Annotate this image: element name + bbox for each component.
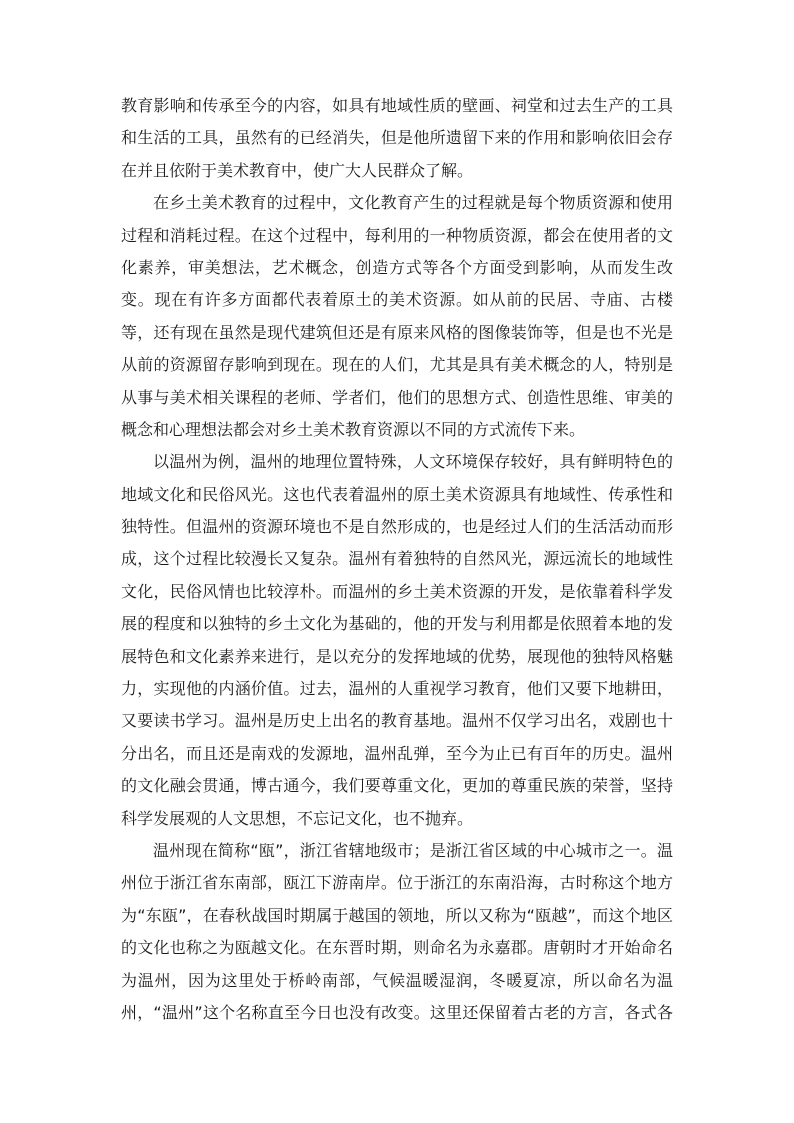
document-page: 教育影响和传承至今的内容，如具有地域性质的壁画、祠堂和过去生产的工具和生活的工具… xyxy=(121,95,673,1034)
text-line: 概念和心理想法都会对乡土美术教育资源以不同的方式流传下来。 xyxy=(121,419,673,451)
paragraph-first-line: 以温州为例，温州的地理位置特殊，人文环境保存较好，具有鲜明特色的 xyxy=(121,451,673,483)
text-line: 化素养，审美想法，艺术概念，创造方式等各个方面受到影响，从而发生改 xyxy=(121,257,673,289)
text-line: 和生活的工具，虽然有的已经消失，但是他所遗留下来的作用和影响依旧会存 xyxy=(121,127,673,159)
text-line: 从前的资源留存影响到现在。现在的人们，尤其是具有美术概念的人，特别是 xyxy=(121,354,673,386)
paragraph-first-line: 在乡土美术教育的过程中，文化教育产生的过程就是每个物质资源和使用 xyxy=(121,192,673,224)
text-line: 文化，民俗风情也比较淳朴。而温州的乡土美术资源的开发，是依靠着科学发 xyxy=(121,581,673,613)
text-line: 在并且依附于美术教育中，使广大人民群众了解。 xyxy=(121,160,673,192)
text-line: 从事与美术相关课程的老师、学者们，他们的思想方式、创造性思维、审美的 xyxy=(121,387,673,419)
text-line: 又要读书学习。温州是历史上出名的教育基地。温州不仅学习出名，戏剧也十 xyxy=(121,710,673,742)
text-line: 为“东瓯”，在春秋战国时期属于越国的领地，所以又称为“瓯越”，而这个地区 xyxy=(121,905,673,937)
text-line: 展特色和文化素养来进行，是以充分的发挥地域的优势，展现他的独特风格魅 xyxy=(121,646,673,678)
text-line: 地域文化和民俗风光。这也代表着温州的原土美术资源具有地域性、传承性和 xyxy=(121,484,673,516)
text-line: 州，“温州”这个名称直至今日也没有改变。这里还保留着古老的方言，各式各 xyxy=(121,1002,673,1034)
text-line: 为温州，因为这里处于桥岭南部，气候温暖湿润，冬暖夏凉，所以命名为温 xyxy=(121,970,673,1002)
text-line: 的文化也称之为瓯越文化。在东晋时期，则命名为永嘉郡。唐朝时才开始命名 xyxy=(121,937,673,969)
text-line: 州位于浙江省东南部，瓯江下游南岸。位于浙江的东南沿海，古时称这个地方 xyxy=(121,872,673,904)
text-line: 等，还有现在虽然是现代建筑但还是有原来风格的图像装饰等，但是也不光是 xyxy=(121,322,673,354)
text-line: 变。现在有许多方面都代表着原土的美术资源。如从前的民居、寺庙、古楼 xyxy=(121,289,673,321)
text-line: 分出名，而且还是南戏的发源地，温州乱弹，至今为止已有百年的历史。温州 xyxy=(121,743,673,775)
text-line: 教育影响和传承至今的内容，如具有地域性质的壁画、祠堂和过去生产的工具 xyxy=(121,95,673,127)
text-line: 的文化融会贯通，博古通今，我们要尊重文化，更加的尊重民族的荣誉，坚持 xyxy=(121,775,673,807)
text-line: 成，这个过程比较漫长又复杂。温州有着独特的自然风光，源远流长的地域性 xyxy=(121,548,673,580)
text-line: 科学发展观的人文思想，不忘记文化，也不抛弃。 xyxy=(121,808,673,840)
paragraph-first-line: 温州现在简称“瓯”，浙江省辖地级市；是浙江省区域的中心城市之一。温 xyxy=(121,840,673,872)
text-line: 力，实现他的内涵价值。过去，温州的人重视学习教育，他们又要下地耕田， xyxy=(121,678,673,710)
text-line: 展的程度和以独特的乡土文化为基础的，他的开发与利用都是依照着本地的发 xyxy=(121,613,673,645)
text-line: 过程和消耗过程。在这个过程中，每利用的一种物质资源，都会在使用者的文 xyxy=(121,225,673,257)
text-line: 独特性。但温州的资源环境也不是自然形成的，也是经过人们的生活活动而形 xyxy=(121,516,673,548)
